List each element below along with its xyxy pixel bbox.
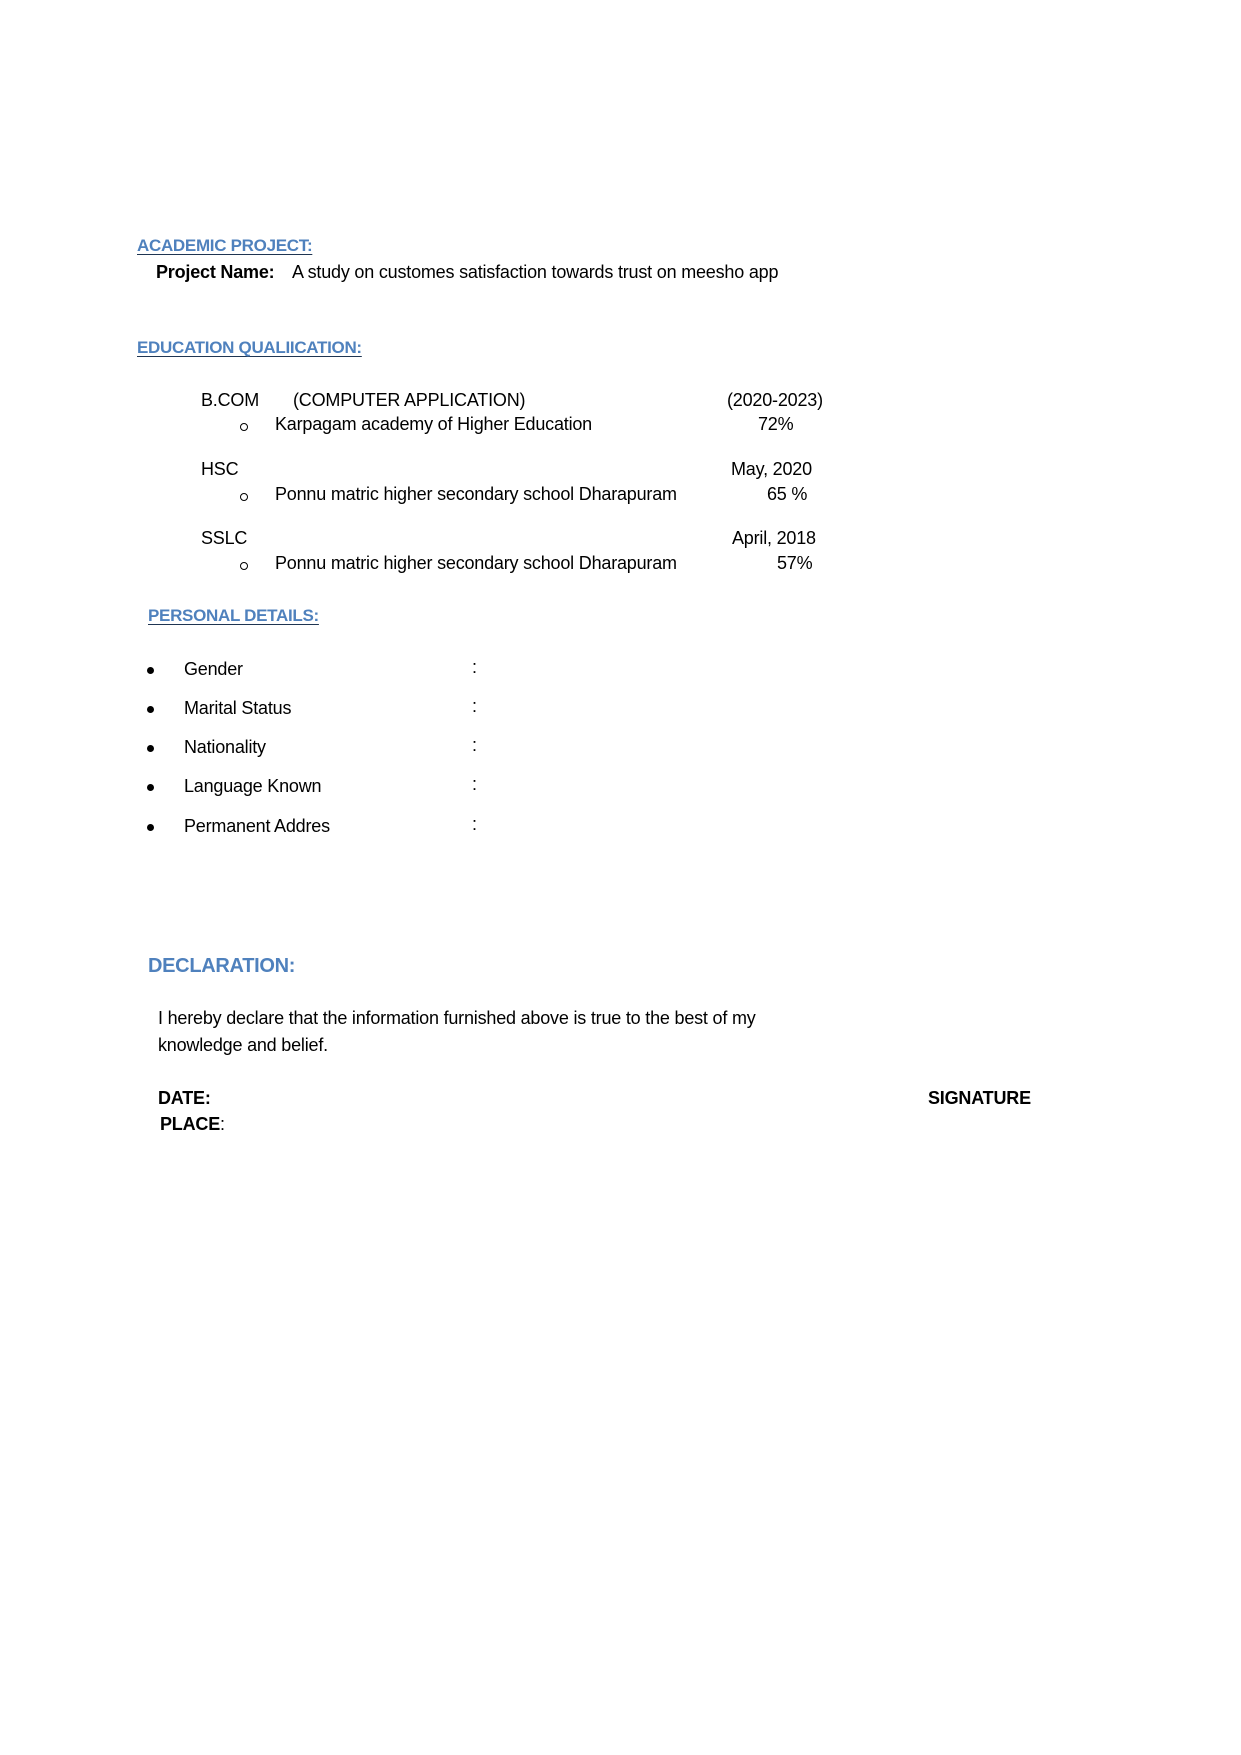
detail-separator: : [472, 696, 477, 717]
education-heading: EDUCATION QUALIICATION: [137, 338, 362, 358]
bullet-icon [147, 667, 154, 674]
personal-details-heading: PERSONAL DETAILS: [148, 606, 319, 626]
period: (2020-2023) [727, 390, 823, 411]
score: 57% [777, 553, 812, 574]
declaration-text-line2: knowledge and belief. [158, 1035, 328, 1056]
detail-label: Permanent Addres [184, 816, 330, 837]
detail-separator: : [472, 774, 477, 795]
bullet-icon [147, 745, 154, 752]
detail-label: Language Known [184, 776, 321, 797]
place-colon: : [220, 1114, 225, 1134]
period: May, 2020 [731, 459, 812, 480]
declaration-heading: DECLARATION: [148, 955, 295, 978]
circle-bullet-icon [240, 423, 248, 431]
circle-bullet-icon [240, 562, 248, 570]
score: 65 % [767, 484, 807, 505]
specialization: (COMPUTER APPLICATION) [293, 390, 525, 411]
bullet-icon [147, 824, 154, 831]
institution: Ponnu matric higher secondary school Dha… [275, 553, 677, 574]
institution: Ponnu matric higher secondary school Dha… [275, 484, 677, 505]
detail-label: Gender [184, 659, 243, 680]
degree: B.COM [201, 390, 259, 411]
degree: HSC [201, 459, 238, 480]
place-label-group: PLACE: [160, 1114, 225, 1135]
detail-label: Nationality [184, 737, 266, 758]
detail-separator: : [472, 814, 477, 835]
signature-label: SIGNATURE [928, 1088, 1031, 1109]
degree: SSLC [201, 528, 247, 549]
score: 72% [758, 414, 793, 435]
circle-bullet-icon [240, 493, 248, 501]
academic-project-heading: ACADEMIC PROJECT: [137, 236, 312, 256]
bullet-icon [147, 784, 154, 791]
detail-label: Marital Status [184, 698, 291, 719]
institution: Karpagam academy of Higher Education [275, 414, 592, 435]
bullet-icon [147, 706, 154, 713]
project-name-value: A study on customes satisfaction towards… [292, 262, 778, 283]
detail-separator: : [472, 657, 477, 678]
declaration-text-line1: I hereby declare that the information fu… [158, 1008, 756, 1029]
project-name-label: Project Name: [156, 262, 274, 283]
detail-separator: : [472, 735, 477, 756]
date-label: DATE: [158, 1088, 211, 1109]
place-label: PLACE [160, 1114, 220, 1134]
period: April, 2018 [732, 528, 816, 549]
